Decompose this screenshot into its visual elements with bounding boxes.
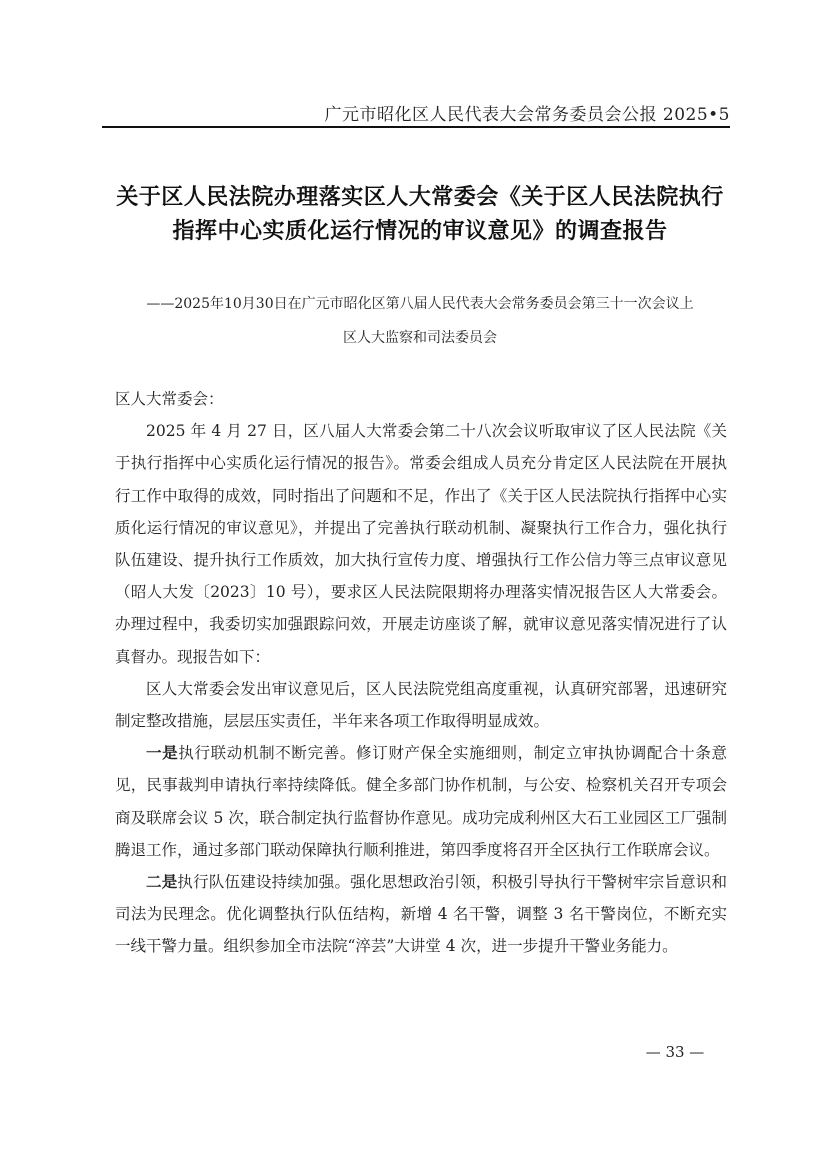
- document-subtitle: ——2025年10月30日在广元市昭化区第八届人民代表大会常务委员会第三十一次会…: [100, 287, 740, 355]
- subtitle-meeting-line: ——2025年10月30日在广元市昭化区第八届人民代表大会常务委员会第三十一次会…: [100, 287, 740, 321]
- title-line-1: 关于区人民法院办理落实区人大常委会《关于区人民法院执行: [100, 180, 740, 214]
- page-number: — 33 —: [620, 1043, 730, 1061]
- document-page: 广元市昭化区人民代表大会常务委员会公报 2025•5 关于区人民法院办理落实区人…: [0, 0, 827, 1170]
- running-header: 广元市昭化区人民代表大会常务委员会公报 2025•5: [102, 100, 730, 125]
- header-divider: [102, 126, 730, 128]
- paragraph: 2025 年 4 月 27 日，区八届人大常委会第二十八次会议听取审议了区人民法…: [115, 415, 727, 673]
- document-title: 关于区人民法院办理落实区人大常委会《关于区人民法院执行 指挥中心实质化运行情况的…: [100, 180, 740, 248]
- paragraph-text: 执行联动机制不断完善。修订财产保全实施细则，制定立审执协调配合十条意见，民事裁判…: [115, 744, 727, 859]
- paragraph-lead: 二是: [146, 872, 177, 891]
- subtitle-committee-line: 区人大监察和司法委员会: [100, 321, 740, 355]
- paragraph: 一是执行联动机制不断完善。修订财产保全实施细则，制定立审执协调配合十条意见，民事…: [115, 737, 727, 866]
- document-body: 区人大常委会： 2025 年 4 月 27 日，区八届人大常委会第二十八次会议听…: [115, 383, 727, 963]
- paragraph-text: 区人大常委会发出审议意见后，区人民法院党组高度重视，认真研究部署，迅速研究制定整…: [115, 680, 727, 730]
- paragraph: 区人大常委会发出审议意见后，区人民法院党组高度重视，认真研究部署，迅速研究制定整…: [115, 673, 727, 737]
- paragraph-text: 执行队伍建设持续加强。强化思想政治引领，积极引导执行干警树牢宗旨意识和司法为民理…: [115, 873, 727, 955]
- salutation: 区人大常委会：: [115, 383, 727, 415]
- title-line-2: 指挥中心实质化运行情况的审议意见》的调查报告: [100, 214, 740, 248]
- paragraph-lead: 一是: [146, 743, 178, 762]
- paragraph: 二是执行队伍建设持续加强。强化思想政治引领，积极引导执行干警树牢宗旨意识和司法为…: [115, 866, 727, 963]
- paragraph-text: 2025 年 4 月 27 日，区八届人大常委会第二十八次会议听取审议了区人民法…: [115, 422, 727, 665]
